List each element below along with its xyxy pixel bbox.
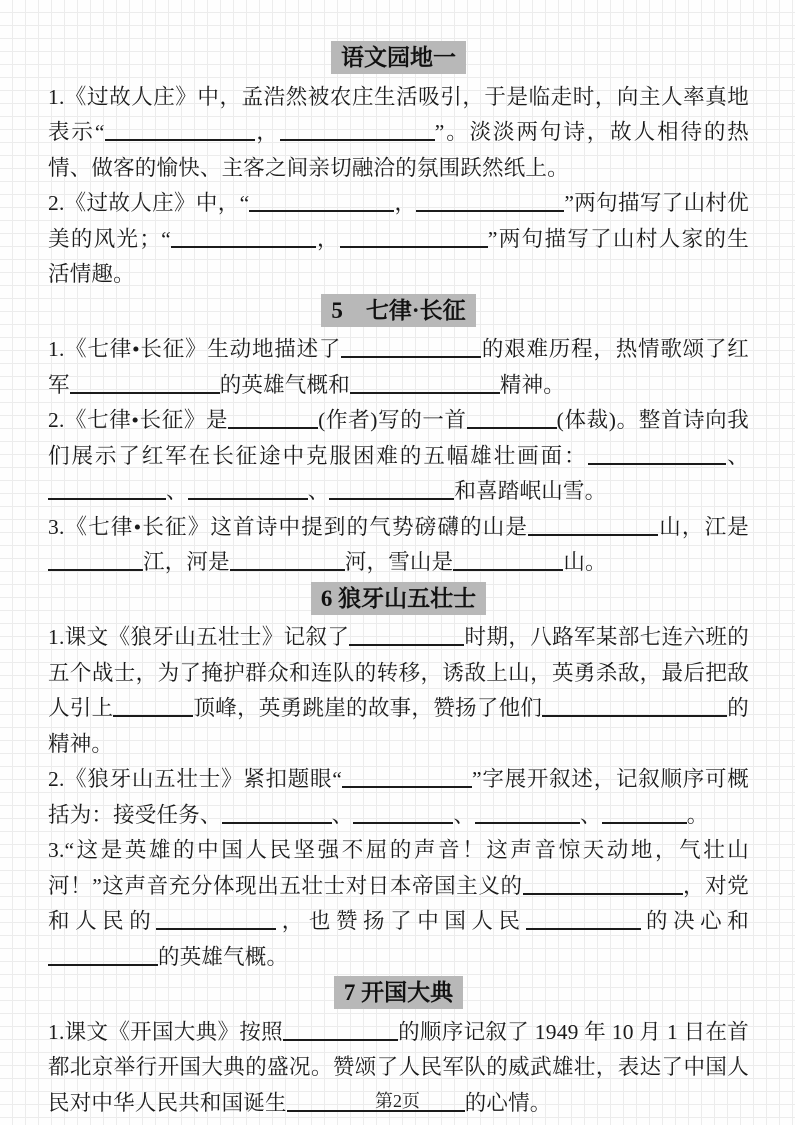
section-heading-row: 5 七律·长征 — [48, 294, 749, 332]
fill-in-blank-line — [249, 192, 394, 212]
section-heading: 语文园地一 — [331, 41, 466, 74]
question-text: 山，江是 — [658, 515, 749, 539]
question-text: 的英雄气概和 — [220, 373, 350, 397]
fill-in-blank-line — [475, 803, 580, 823]
question-text: 精神。 — [500, 373, 565, 397]
question-text: 2.《过故人庄》中，“ — [48, 191, 249, 215]
question-paragraph: 1.课文《狼牙山五壮士》记叙了时期，八路军某部七连六班的五个战士，为了掩护群众和… — [48, 620, 749, 762]
section-heading: 5 七律·长征 — [321, 294, 475, 327]
question-text: 、 — [332, 803, 354, 827]
question-paragraph: 2.《七律•长征》是(作者)写的一首(体裁)。整首诗向我们展示了红军在长征途中克… — [48, 403, 749, 510]
section-heading: 7 开国大典 — [334, 976, 463, 1009]
fill-in-blank-line — [156, 910, 276, 930]
fill-in-blank-line — [70, 373, 220, 393]
question-text: 、 — [580, 803, 602, 827]
question-text: 的英雄气概。 — [158, 945, 288, 969]
question-text: 和喜踏岷山雪。 — [454, 479, 606, 503]
question-text: 1.课文《开国大典》按照 — [48, 1020, 283, 1044]
fill-in-blank-line — [228, 409, 318, 429]
question-text: 、 — [453, 803, 475, 827]
fill-in-blank-line — [340, 227, 488, 247]
question-text: 。 — [687, 803, 709, 827]
fill-in-blank-line — [350, 373, 500, 393]
question-text: 2.《狼牙山五壮士》紧扣题眼“ — [48, 767, 342, 791]
question-paragraph: 3.《七律•长征》这首诗中提到的气势磅礴的山是山，江是江，河是河，雪山是山。 — [48, 510, 749, 581]
question-text: 1.《七律•长征》生动地描述了 — [48, 337, 341, 361]
section-heading-row: 6 狼牙山五壮士 — [48, 582, 749, 620]
question-text: ，也赞扬了中国人民 — [276, 909, 525, 933]
worksheet-content: 语文园地一1.《过故人庄》中，孟浩然被农庄生活吸引，于是临走时，向主人率真地表示… — [0, 0, 795, 1121]
fill-in-blank-line — [48, 480, 166, 500]
question-paragraph: 1.《过故人庄》中，孟浩然被农庄生活吸引，于是临走时，向主人率真地表示“，”。淡… — [48, 80, 749, 187]
fill-in-blank-line — [341, 338, 481, 358]
fill-in-blank-line — [588, 444, 726, 464]
question-text: 的决心和 — [641, 909, 749, 933]
fill-in-blank-line — [280, 121, 435, 141]
question-text: 、 — [166, 479, 188, 503]
question-text: 河，雪山是 — [345, 550, 454, 574]
fill-in-blank-line — [416, 192, 564, 212]
fill-in-blank-line — [453, 551, 563, 571]
question-text: 2.《七律•长征》是 — [48, 408, 228, 432]
fill-in-blank-line — [171, 227, 316, 247]
fill-in-blank-line — [542, 697, 727, 717]
question-text: ， — [394, 191, 416, 215]
fill-in-blank-line — [526, 910, 641, 930]
fill-in-blank-line — [467, 409, 557, 429]
fill-in-blank-line — [349, 626, 464, 646]
question-text: 、 — [726, 444, 749, 468]
fill-in-blank-line — [222, 803, 332, 823]
fill-in-blank-line — [528, 515, 658, 535]
fill-in-blank-line — [353, 803, 453, 823]
section-heading-row: 7 开国大典 — [48, 976, 749, 1014]
question-text: 1.课文《狼牙山五壮士》记叙了 — [48, 625, 349, 649]
fill-in-blank-line — [523, 874, 683, 894]
question-paragraph: 2.《狼牙山五壮士》紧扣题眼“”字展开叙述，记叙顺序可概括为：接受任务、、、、。 — [48, 762, 749, 833]
fill-in-blank-line — [113, 697, 193, 717]
question-paragraph: 2.《过故人庄》中，“，”两句描写了山村优美的风光；“，”两句描写了山村人家的生… — [48, 186, 749, 293]
question-text: 、 — [308, 479, 330, 503]
fill-in-blank-line — [329, 480, 454, 500]
question-text: ， — [316, 227, 340, 251]
question-text: 山。 — [563, 550, 606, 574]
fill-in-blank-line — [230, 551, 345, 571]
page-number: 第2页 — [0, 1087, 795, 1113]
fill-in-blank-line — [283, 1020, 398, 1040]
question-text: 江，河是 — [143, 550, 230, 574]
question-paragraph: 1.《七律•长征》生动地描述了的艰难历程，热情歌颂了红军的英雄气概和精神。 — [48, 332, 749, 403]
question-paragraph: 3.“这是英雄的中国人民坚强不屈的声音！这声音惊天动地，气壮山河！”这声音充分体… — [48, 833, 749, 975]
question-text: 顶峰，英勇跳崖的故事，赞扬了他们 — [193, 696, 542, 720]
worksheet-page: 语文园地一1.《过故人庄》中，孟浩然被农庄生活吸引，于是临走时，向主人率真地表示… — [0, 0, 795, 1125]
section-heading: 6 狼牙山五壮士 — [311, 582, 486, 615]
fill-in-blank-line — [48, 551, 143, 571]
question-text: ， — [255, 120, 280, 144]
fill-in-blank-line — [105, 121, 255, 141]
section-heading-row: 语文园地一 — [48, 41, 749, 79]
fill-in-blank-line — [342, 768, 472, 788]
fill-in-blank-line — [602, 803, 687, 823]
fill-in-blank-line — [188, 480, 308, 500]
question-text: 3.《七律•长征》这首诗中提到的气势磅礴的山是 — [48, 515, 528, 539]
fill-in-blank-line — [48, 945, 158, 965]
question-text: (作者)写的一首 — [318, 408, 467, 432]
